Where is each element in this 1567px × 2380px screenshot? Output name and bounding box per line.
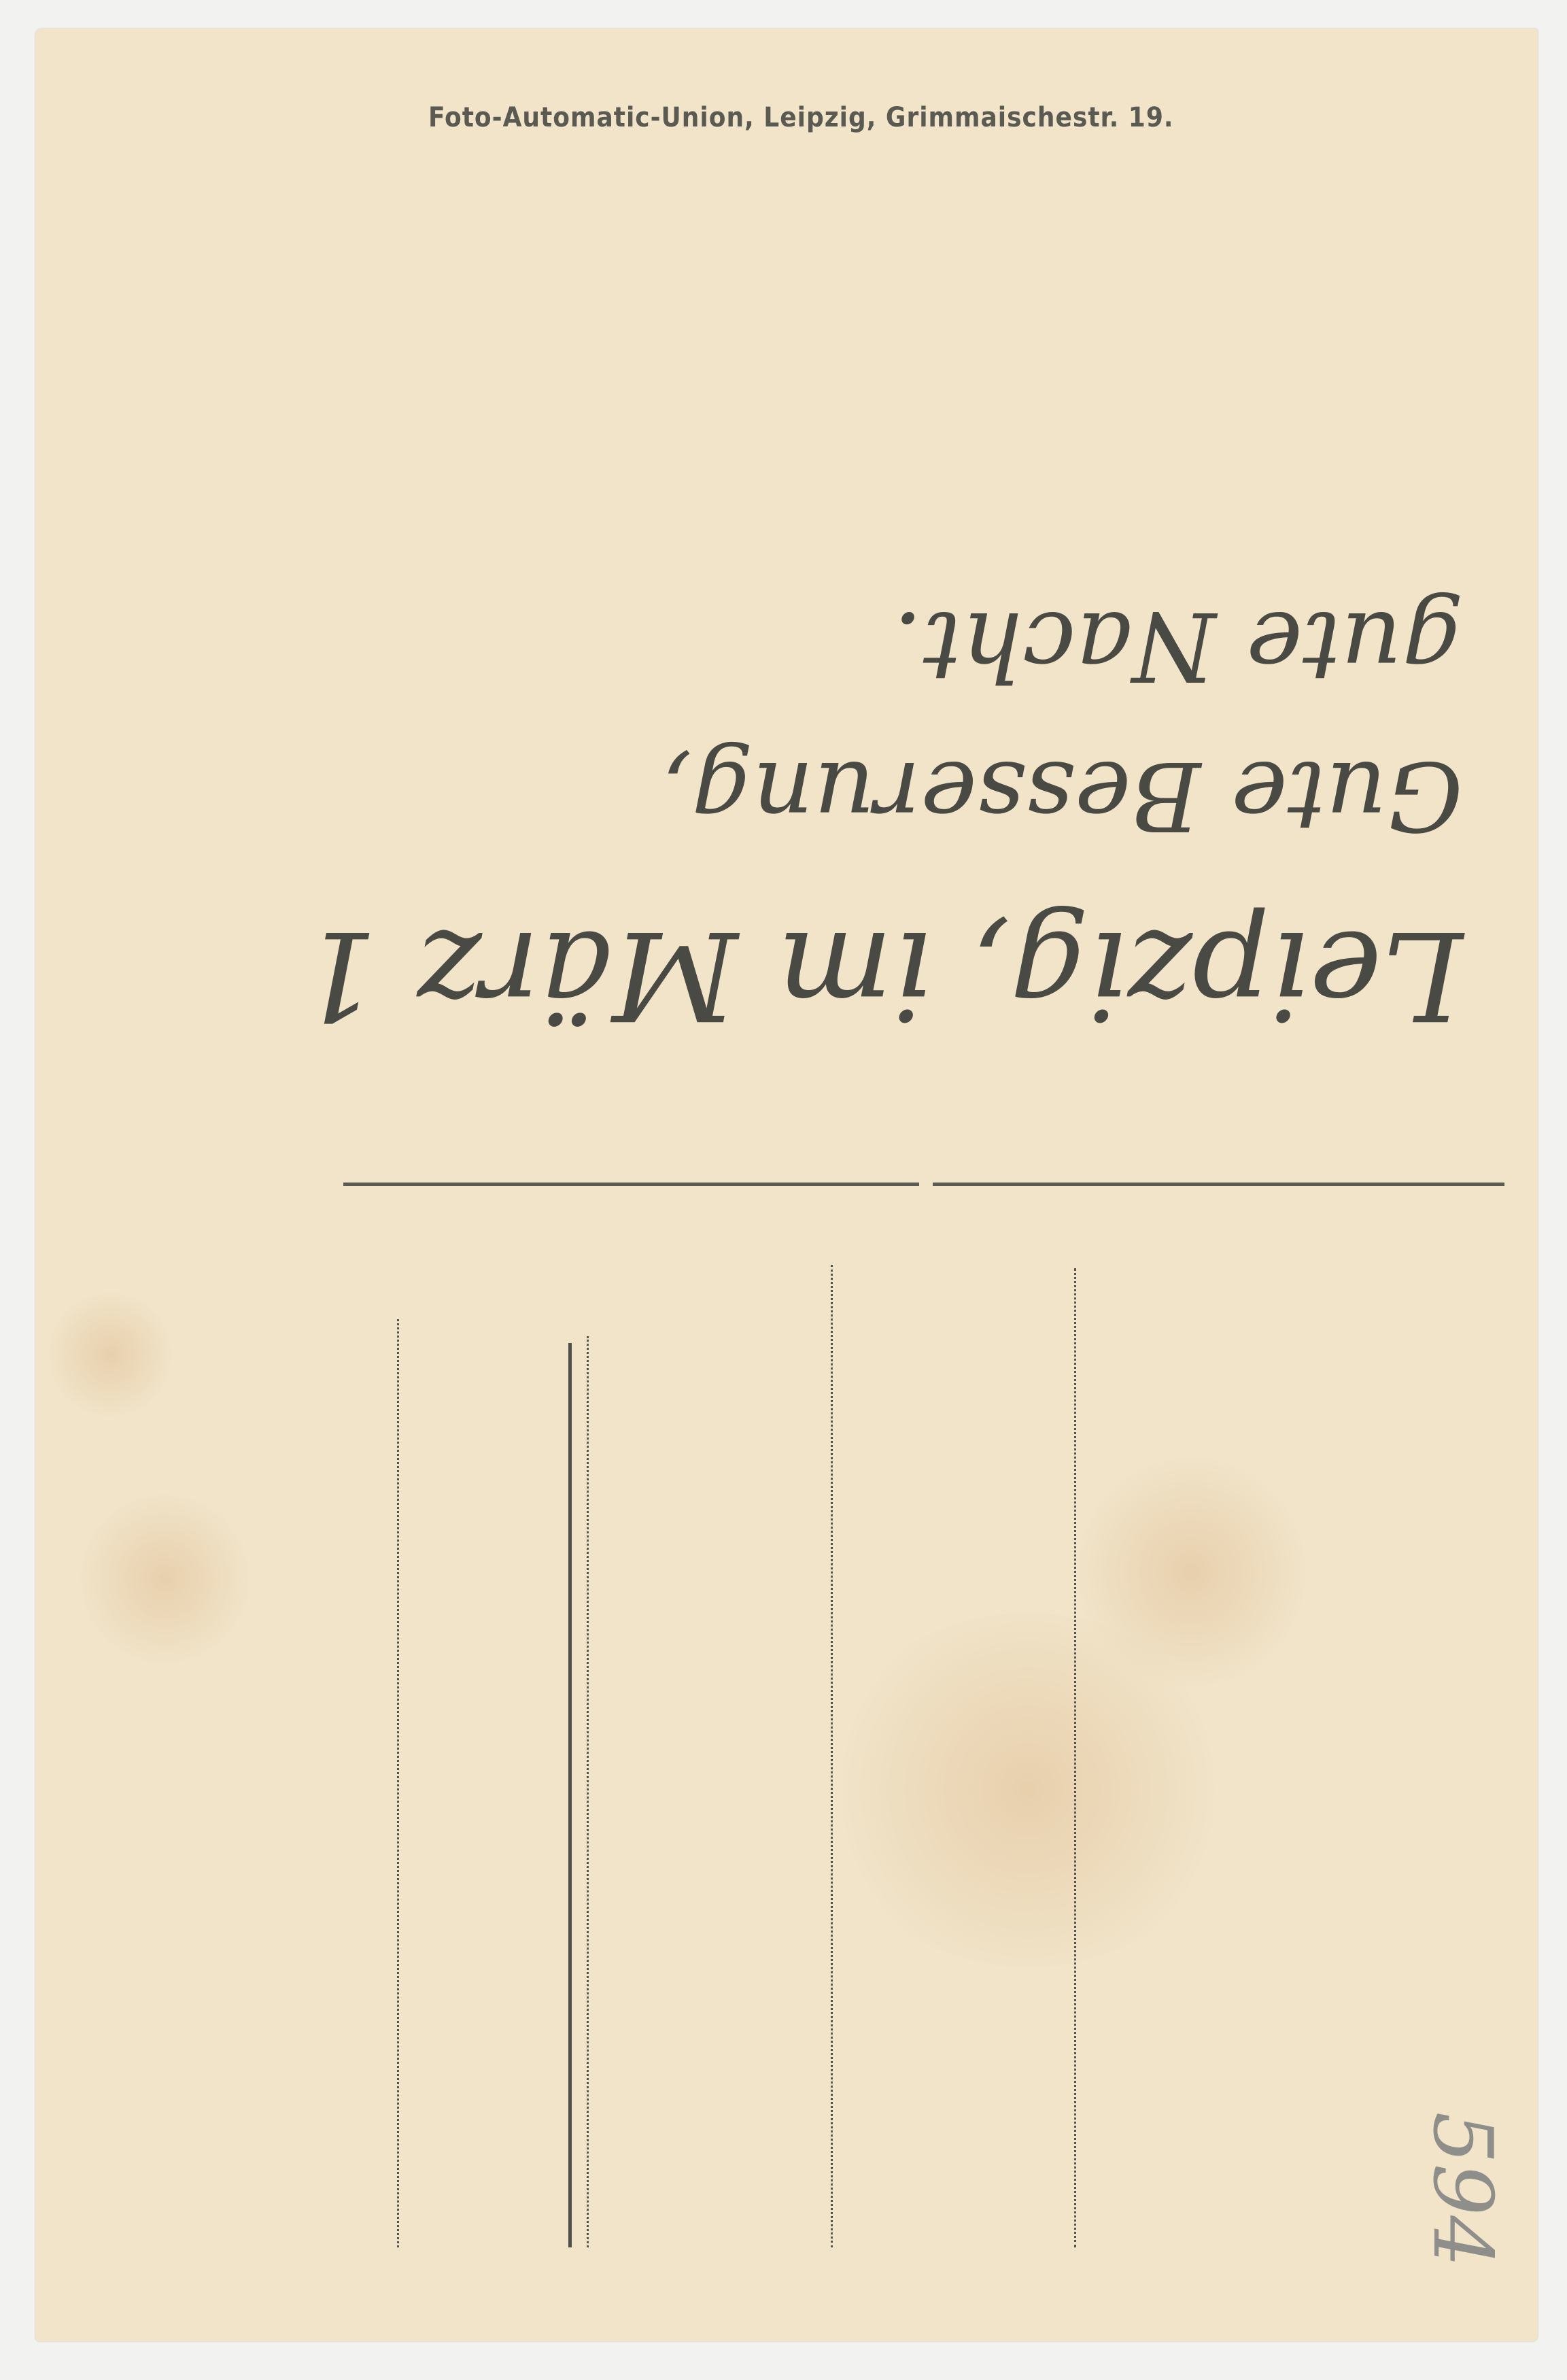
foxing-stain: [1069, 1457, 1313, 1688]
handwritten-message: Leipzig, im März 1915. Gute Besserung, g…: [307, 559, 1538, 1198]
handwritten-line-date: Leipzig, im März 1915.: [307, 904, 1465, 1046]
printer-imprint: Foto-Automatic-Union, Leipzig, Grimmaisc…: [428, 102, 1174, 133]
solid-divider: [568, 1343, 572, 2247]
handwritten-line-greeting: Gute Besserung,: [661, 740, 1463, 851]
address-line-right: [933, 1183, 1504, 1186]
postcard-back: Foto-Automatic-Union, Leipzig, Grimmaisc…: [35, 29, 1538, 2341]
handwritten-line-closing: gute Nacht.: [893, 590, 1463, 701]
foxing-stain: [49, 1287, 171, 1423]
pencil-annotation: 594: [1417, 2108, 1506, 2271]
dotted-divider-1: [397, 1319, 399, 2247]
dotted-divider-2: [587, 1336, 589, 2247]
dotted-divider-4: [1074, 1268, 1076, 2247]
address-line-left: [343, 1183, 919, 1186]
foxing-stain: [76, 1491, 253, 1667]
dotted-divider-3: [831, 1265, 833, 2247]
